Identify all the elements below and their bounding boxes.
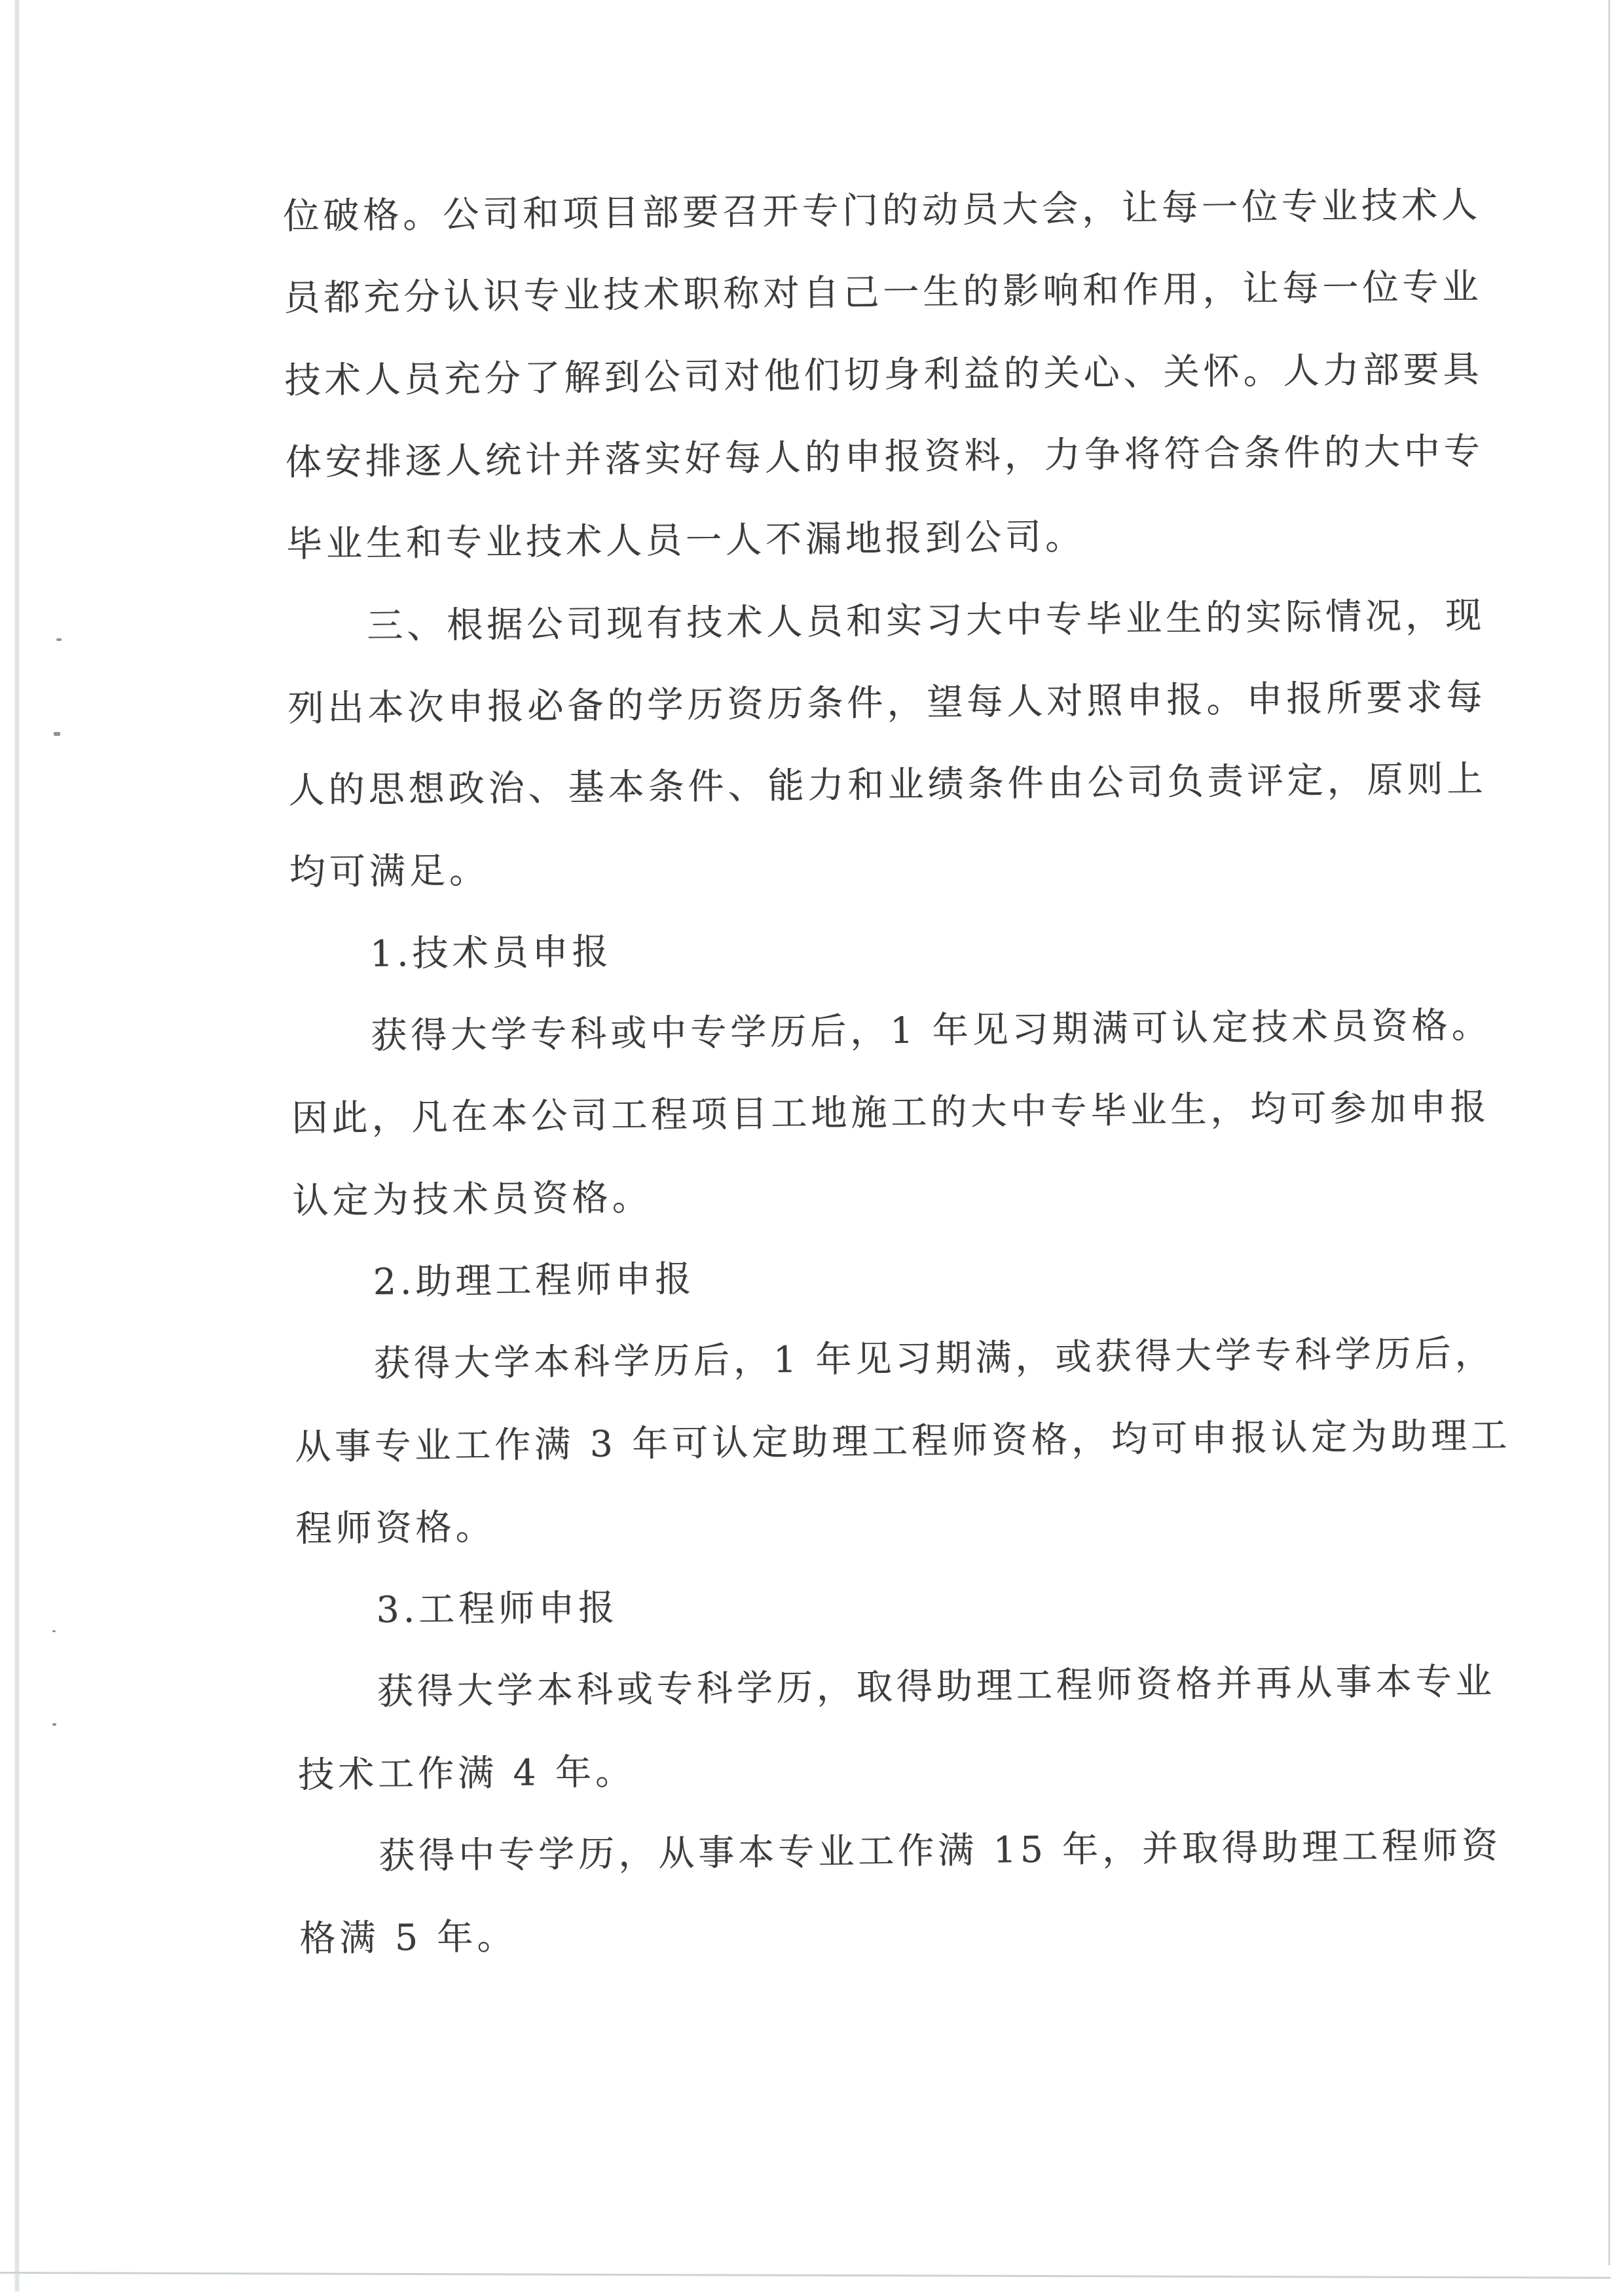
scanned-document-page: 位破格。公司和项目部要召开专门的动员大会，让每一位专业技术人 员都充分认识专业技… xyxy=(0,0,1624,2296)
subheading-engineer: 3.工程师申报 xyxy=(376,1588,618,1630)
text-line: 因此，凡在本公司工程项目工地施工的大中专毕业生，均可参加申报 xyxy=(291,1087,1490,1139)
text-line: 毕业生和专业技术人员一人不漏地报到公司。 xyxy=(286,517,1086,564)
text-line: 程师资格。 xyxy=(295,1507,496,1548)
document-body: 位破格。公司和项目部要召开专门的动员大会，让每一位专业技术人 员都充分认识专业技… xyxy=(0,0,1624,2296)
text-line: 格满 5 年。 xyxy=(299,1917,517,1958)
section-three-paragraph: 三、根据公司现有技术人员和实习大中专毕业生的实际情况，现 xyxy=(367,595,1486,645)
subheading-assistant-engineer: 2.助理工程师申报 xyxy=(373,1259,695,1302)
text-line: 技术人员充分了解到公司对他们切身利益的关心、关怀。人力部要具 xyxy=(284,349,1483,400)
text-line: 体安排逐人统计并落实好每人的申报资料，力争将符合条件的大中专 xyxy=(286,431,1485,482)
text-line: 位破格。公司和项目部要召开专门的动员大会，让每一位专业技术人 xyxy=(283,185,1482,236)
text-line: 获得中专学历，从事本专业工作满 15 年，并取得助理工程师资 xyxy=(378,1825,1502,1875)
text-line: 获得大学本科学历后，1 年见习期满，或获得大学专科学历后， xyxy=(374,1333,1495,1383)
text-line: 列出本次申报必备的学历资历条件，望每人对照申报。申报所要求每 xyxy=(287,677,1486,728)
text-line: 技术工作满 4 年。 xyxy=(298,1752,636,1795)
text-line: 均可满足。 xyxy=(289,850,490,892)
text-line: 从事专业工作满 3 年可认定助理工程师资格，均可申报认定为助理工 xyxy=(295,1415,1511,1467)
text-line: 获得大学专科或中专学历后，1 年见习期满可认定技术员资格。 xyxy=(371,1005,1492,1055)
text-line: 获得大学本科或专科学历，取得助理工程师资格并再从事本专业 xyxy=(377,1662,1496,1711)
text-line: 认定为技术员资格。 xyxy=(292,1177,652,1220)
subheading-technician: 1.技术员申报 xyxy=(370,932,612,974)
text-line: 人的思想政治、基本条件、能力和业绩条件由公司负责评定，原则上 xyxy=(288,759,1487,810)
text-line: 员都充分认识专业技术职称对自己一生的影响和作用，让每一位专业 xyxy=(284,267,1483,318)
